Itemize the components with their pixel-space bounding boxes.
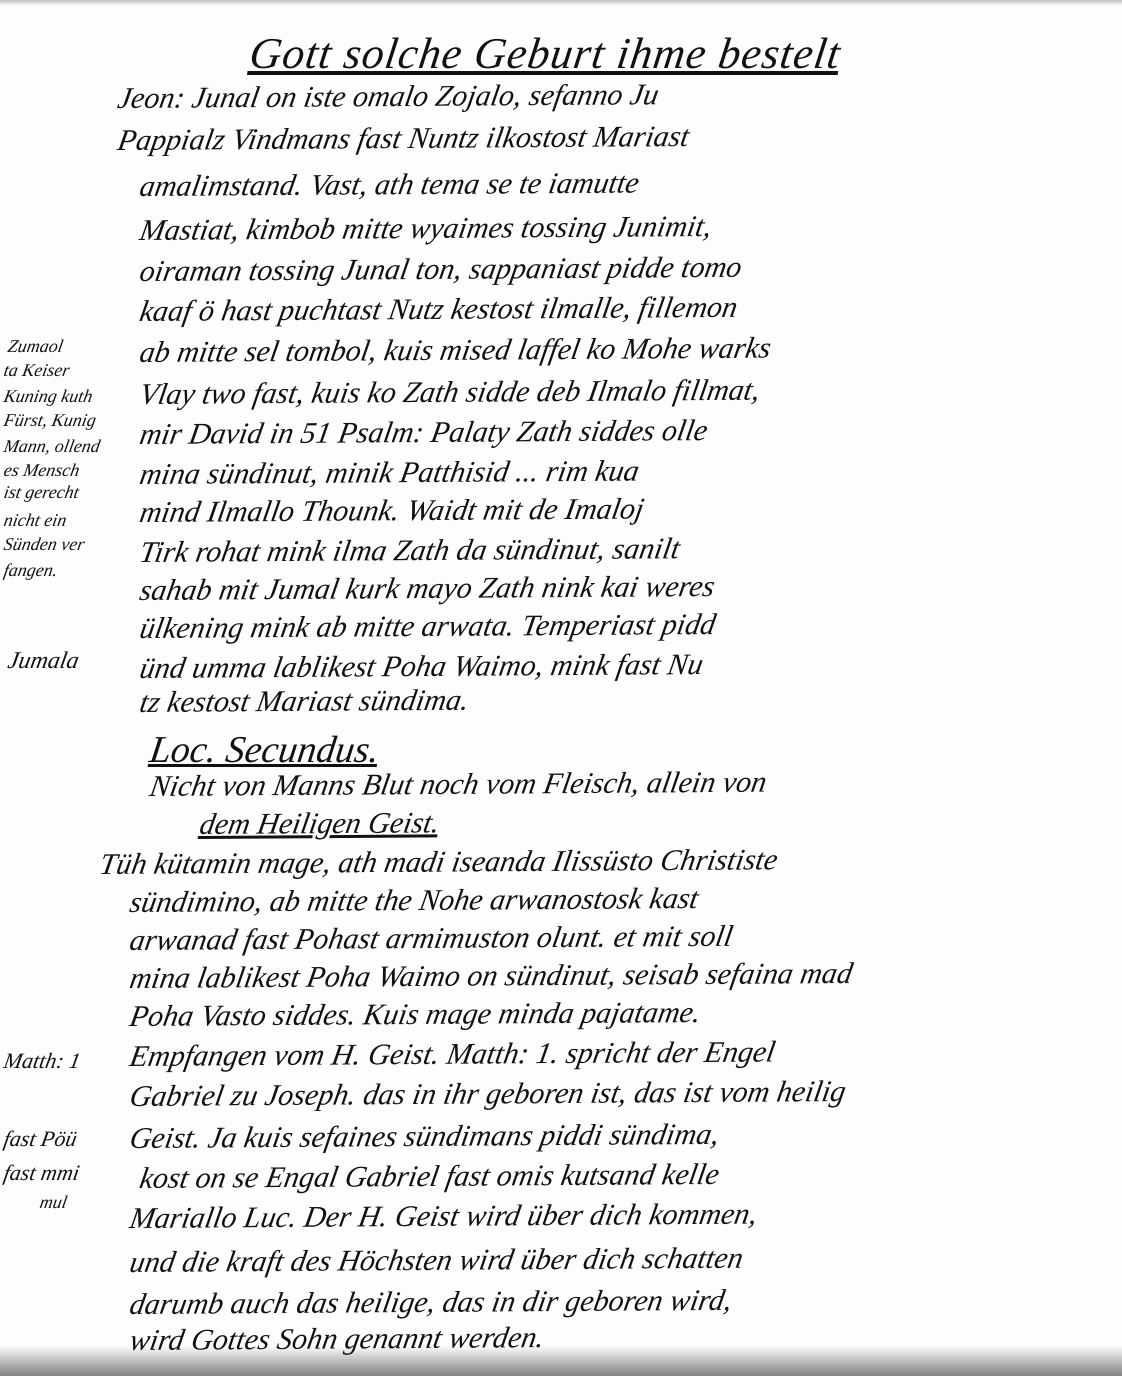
margin-note: fast Pöü — [2, 1126, 79, 1152]
text-line: dem Heiligen Geist. — [197, 806, 442, 842]
text-line: tz kestost Mariast sündima. — [137, 684, 472, 720]
margin-note: Sünden ver — [2, 534, 86, 555]
margin-note: nicht ein — [2, 510, 68, 531]
margin-note: ta Keiser — [2, 360, 71, 381]
page-title: Gott solche Geburt ihme bestelt — [246, 28, 844, 79]
text-line: amalimstand. Vast, ath tema se te iamutt… — [137, 167, 642, 204]
text-line: und die kraft des Höchsten wird über dic… — [127, 1242, 746, 1280]
text-line: mir David in 51 Psalm: Palaty Zath sidde… — [137, 414, 710, 452]
text-line: Tüh kütamin mage, ath madi iseanda Iliss… — [97, 843, 780, 882]
text-line: kost on se Engal Gabriel fast omis kutsa… — [137, 1158, 722, 1196]
text-line: Empfangen vom H. Geist. Matth: 1. sprich… — [127, 1036, 778, 1074]
text-line: Geist. Ja kuis sefaines sündimans piddi … — [127, 1118, 722, 1156]
text-line: oiraman tossing Junal ton, sappaniast pi… — [137, 251, 744, 289]
page-top-edge — [0, 0, 1122, 6]
text-line: Tirk rohat mink ilma Zath da sündinut, s… — [137, 532, 682, 570]
margin-note: Mann, ollend — [2, 436, 102, 457]
text-line: ülkening mink ab mitte arwata. Temperias… — [137, 608, 718, 646]
text-line: Mariallo Luc. Der H. Geist wird über dic… — [127, 1198, 760, 1236]
text-line: sahab mit Jumal kurk mayo Zath nink kai … — [137, 570, 717, 608]
margin-note: Kuning kuth — [2, 386, 94, 407]
text-line: Vlay two fast, kuis ko Zath sidde deb Il… — [137, 374, 763, 412]
text-line: kaaf ö hast puchtast Nutz kestost ilmall… — [137, 291, 740, 329]
text-line: ünd umma lablikest Poha Waimo, mink fast… — [137, 648, 706, 686]
text-line: arwanad fast Pohast armimuston olunt. et… — [127, 920, 735, 958]
text-line: Nicht von Manns Blut noch vom Fleisch, a… — [147, 766, 769, 804]
text-line: Jeon: Junal on iste omalo Zojalo, sefann… — [115, 78, 661, 116]
margin-note: Fürst, Kunig — [2, 410, 98, 431]
text-line: Mastiat, kimbob mitte wyaimes tossing Ju… — [137, 210, 714, 248]
margin-note: Matth: 1 — [2, 1048, 83, 1074]
margin-note: fangen. — [2, 560, 59, 581]
page-bottom-edge — [0, 1346, 1122, 1376]
margin-note: mul — [38, 1192, 69, 1213]
text-line: Gabriel zu Joseph. das in ihr geboren is… — [127, 1075, 848, 1114]
text-line: mind Ilmallo Thounk. Waidt mit de Imaloj — [137, 492, 646, 530]
margin-note: fast mmi — [2, 1160, 82, 1186]
margin-note-jumala: Jumala — [6, 648, 81, 675]
text-line: darumb auch das heilige, das in dir gebo… — [127, 1284, 735, 1322]
text-line: sündimino, ab mitte the Nohe arwanostosk… — [127, 882, 701, 920]
text-line: Pappialz Vindmans fast Nuntz ilkostost M… — [115, 120, 692, 158]
section-heading: Loc. Secundus. — [147, 728, 382, 772]
text-line: Poha Vasto siddes. Kuis mage minda pajat… — [127, 996, 703, 1034]
text-line: mina lablikest Poha Waimo on sündinut, s… — [127, 957, 855, 996]
margin-note: ist gerecht — [2, 482, 81, 503]
text-line: mina sündinut, minik Patthisid ... rim k… — [137, 455, 642, 492]
margin-note: Zumaol — [6, 336, 65, 357]
text-line: ab mitte sel tombol, kuis mised laffel k… — [137, 332, 773, 370]
margin-note: es Mensch — [2, 460, 81, 481]
